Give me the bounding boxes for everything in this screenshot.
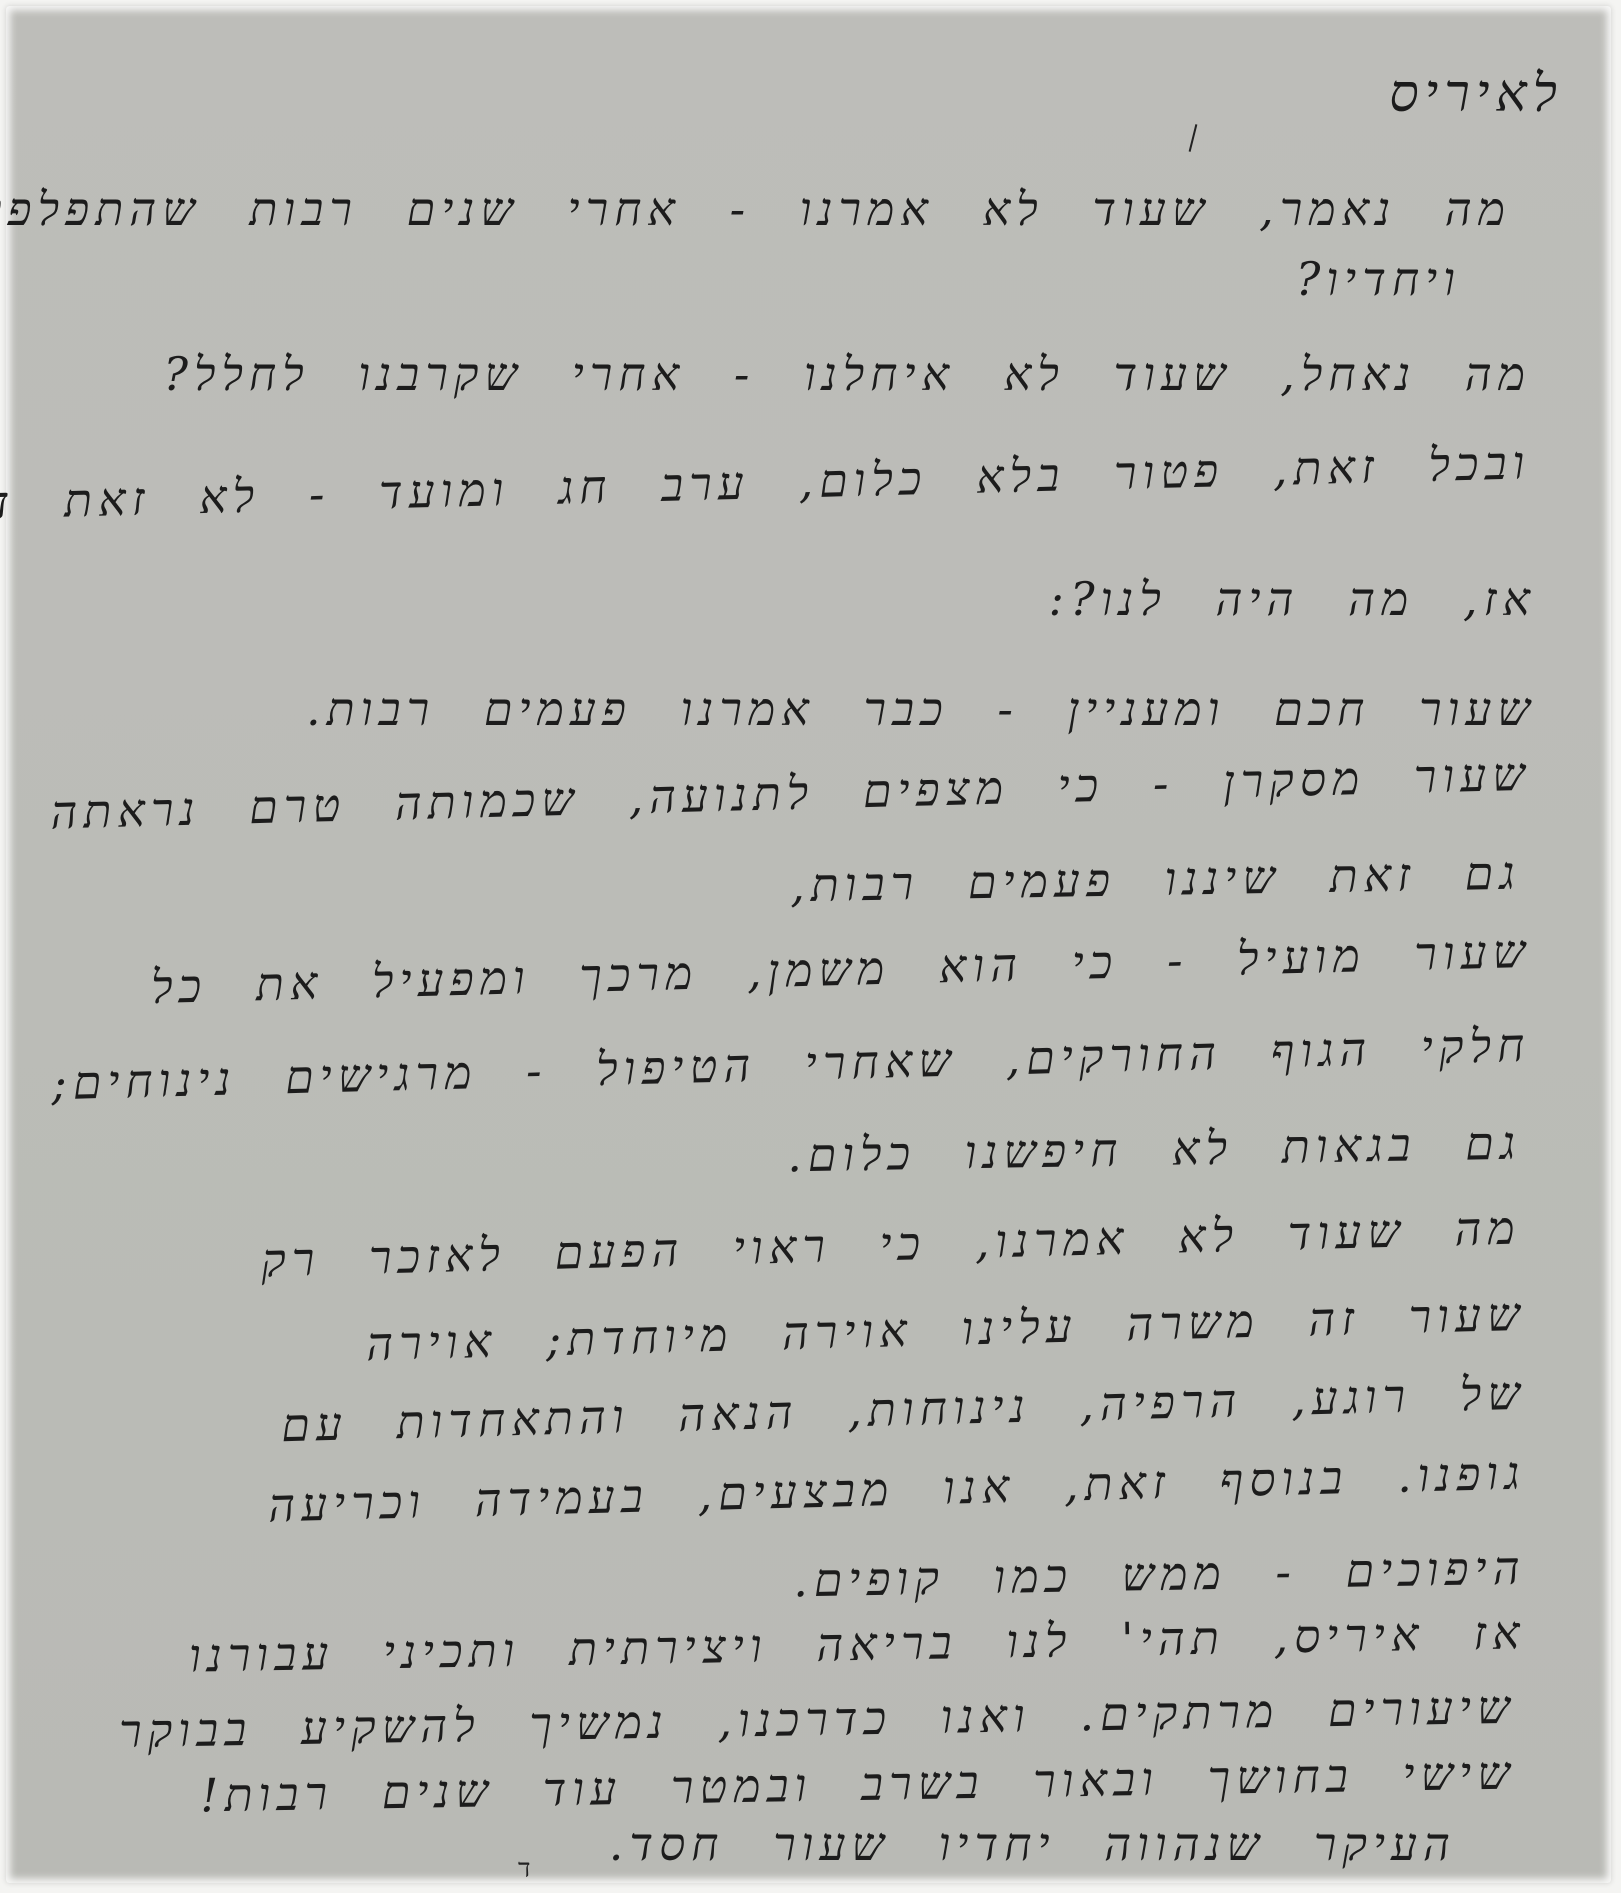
letter-line-3: מה נאחל, שעוד לא איחלנו - אחרי שקרבנו לח… [163, 351, 1531, 397]
letter-line-14: של רוגע, הרפיה, נינוחות, הנאה והתאחדות ע… [281, 1370, 1527, 1449]
letter-line-11: גם בגאות לא חיפשנו כלום. [787, 1120, 1522, 1179]
letter-line-8: גם זאת שיננו פעמים רבות, [790, 850, 1521, 909]
letter-line-16: היפוכים - ממש כמו קופים. [793, 1545, 1526, 1604]
salutation: לאיריס [1389, 68, 1563, 120]
signature-initial: ד [518, 1854, 531, 1884]
letter-line-17: אז איריס, תהי' לנו בריאה ויצירתית ותכיני… [189, 1609, 1526, 1678]
letter-line-4: ובכל זאת, פטור בלא כלום, ערב חג ומועד - … [0, 439, 1531, 528]
letter-line-20: העיקר שנהווה יחדיו שעור חסד. [609, 1821, 1456, 1867]
letter-line-2: ויחדיו? [1296, 256, 1461, 302]
letter-line-7: שעור מסקרן - כי מצפים לתנועה, שכמותה טרם… [0, 751, 1531, 838]
letter-line-19: שישי בחושך ובאור בשרב ובמטר עוד שנים רבו… [200, 1750, 1516, 1819]
comma-mark [1189, 124, 1198, 152]
letter-line-13: שעור זה משרה עלינו אוירה מיוחדת; אוירה [366, 1291, 1527, 1367]
letter-line-12: מה שעוד לא אמרנו, כי ראוי הפעם לאזכר רק [261, 1205, 1522, 1284]
letter-line-18: שיעורים מרתקים. ואנו כדרכנו, נמשיך להשקי… [119, 1684, 1516, 1754]
letter-line-1: מה נאמר, שעוד לא אמרנו - אחרי שנים רבות … [0, 186, 1511, 232]
letter-line-10: חלקי הגוף החורקים, שאחרי הטיפול - מרגישי… [51, 1022, 1531, 1107]
letter-line-9: שעור מועיל - כי הוא משמן, מרכך ומפעיל את… [150, 928, 1531, 1010]
letter-paper: לאיריס מה נאמר, שעוד לא אמרנו - אחרי שני… [6, 6, 1611, 1883]
letter-line-6: שעור חכם ומעניין - כבר אמרנו פעמים רבות. [306, 686, 1536, 732]
letter-line-5: אז, מה היה לנו?: [1048, 576, 1536, 622]
letter-line-15: גופנו. בנוסף זאת, אנו מבצעים, בעמידה וכר… [268, 1450, 1526, 1529]
